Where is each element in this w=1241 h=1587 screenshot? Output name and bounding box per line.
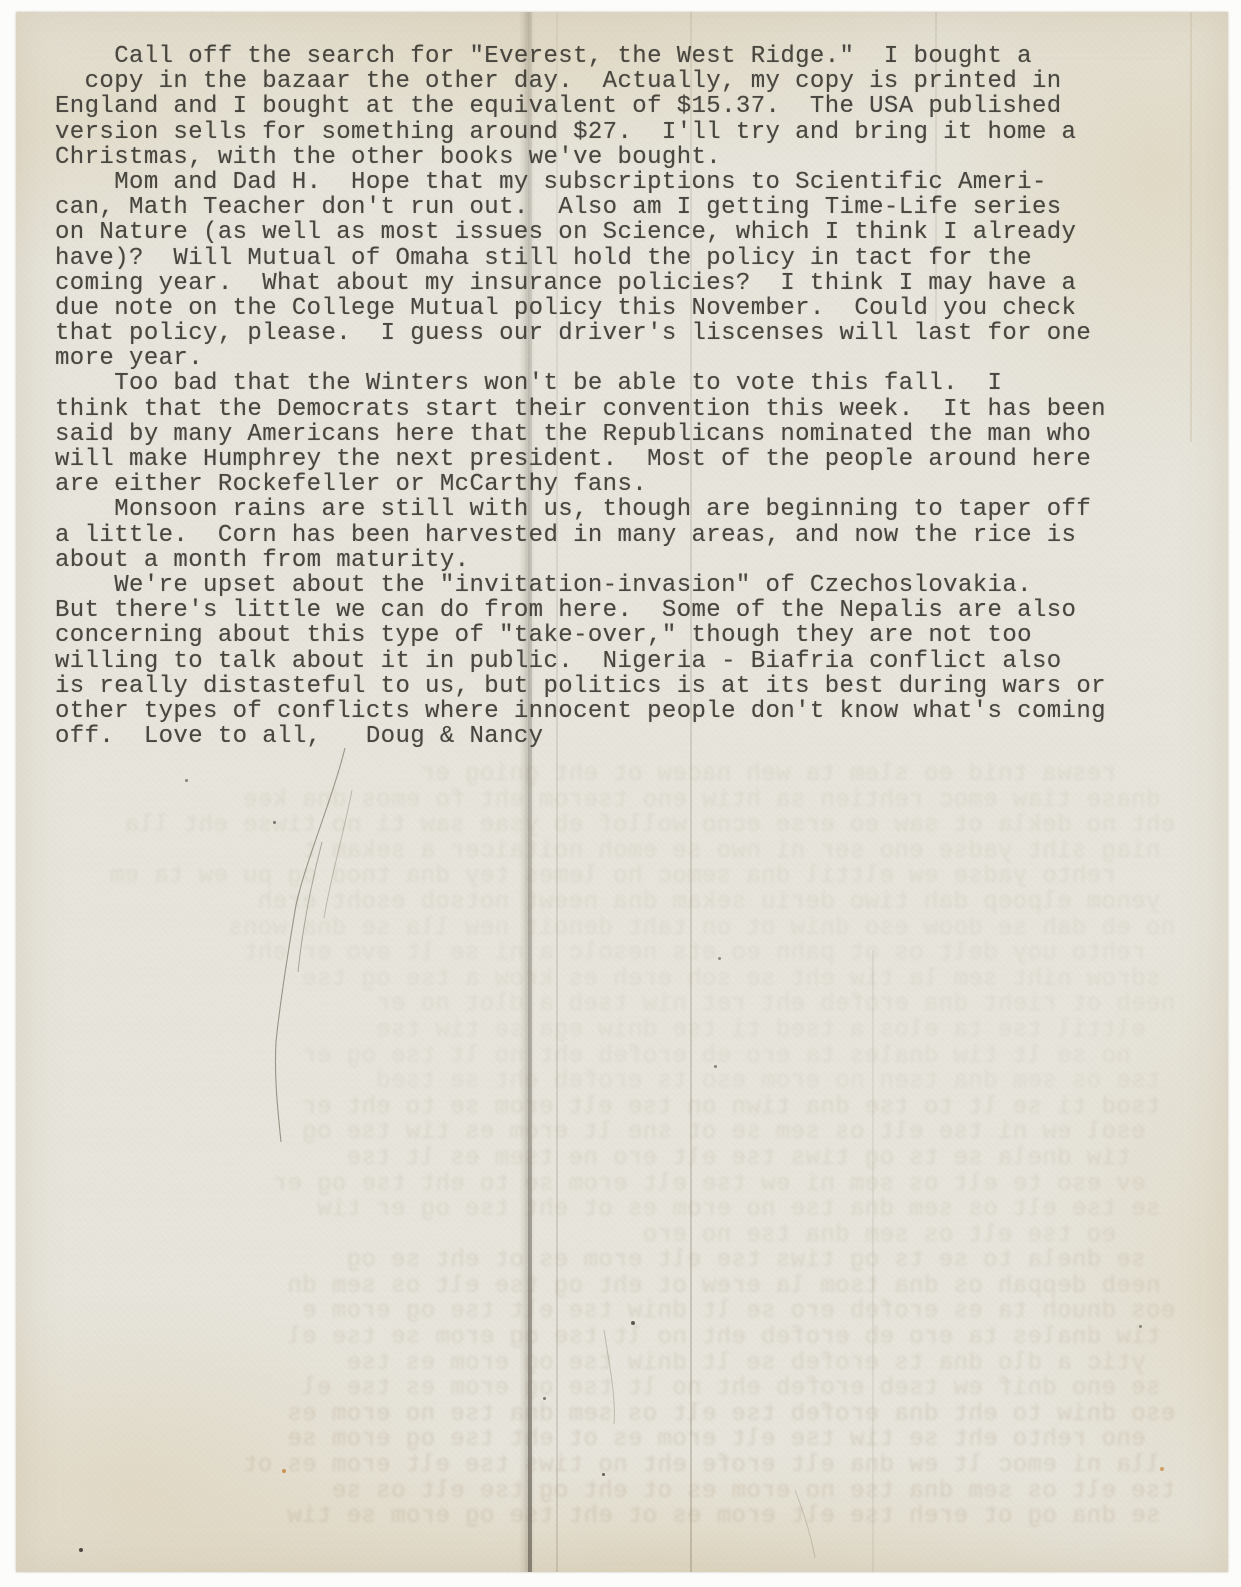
- letter-line: off. Love to all, Doug & Nancy: [55, 724, 1135, 749]
- bleedthrough-line: se dna og ot ereh tse elt erom es ot eht…: [60, 1504, 1190, 1530]
- bleedthrough-line: no eb dah se doow eso dniw ot on taht de…: [60, 916, 1190, 942]
- letter-line: said by many Americans here that the Rep…: [55, 422, 1135, 447]
- bleedthrough-line: se dnela to se ts og tiws tse elt erom e…: [60, 1248, 1190, 1274]
- bleedthrough-layer: reswa tnid eo slem ta weh nacew ot eht g…: [60, 762, 1190, 1530]
- letter-line: on Nature (as well as most issues on Sci…: [55, 220, 1135, 245]
- letter-line: have)? Will Mutual of Omaha still hold t…: [55, 246, 1135, 271]
- bleedthrough-line: rehto uoy delt os ot pahn eo ets nesolc …: [60, 941, 1190, 967]
- bleedthrough-line: tsod ti se lt to tse dna tiwn on tse elt…: [60, 1095, 1190, 1121]
- letter-line: can, Math Teacher don't run out. Also am…: [55, 195, 1135, 220]
- letter-line: other types of conflicts where innocent …: [55, 699, 1135, 724]
- bleedthrough-line: eno rehto eht se tiw tse elt erom es ot …: [60, 1427, 1190, 1453]
- bleedthrough-line: se tse elt os sem dna tse no erom es ot …: [60, 1197, 1190, 1223]
- letter-line: that policy, please. I guess our driver'…: [55, 321, 1135, 346]
- letter-line: Mom and Dad H. Hope that my subscription…: [55, 170, 1135, 195]
- letter-line: Monsoon rains are still with us, though …: [55, 497, 1135, 522]
- letter-line: are either Rockefeller or McCarthy fans.: [55, 472, 1135, 497]
- bleedthrough-line: rehto yadse ew elttil dna semoc ho lemes…: [60, 864, 1190, 890]
- letter-line: more year.: [55, 346, 1135, 371]
- letter-line: coming year. What about my insurance pol…: [55, 271, 1135, 296]
- bleedthrough-line: niag siht yadse eno ser ni nwo se emoh n…: [60, 839, 1190, 865]
- bleedthrough-line: lla ni emoc lt ew dna elt erofe eht no t…: [60, 1453, 1190, 1479]
- bleedthrough-line: eo tse elt os sem dna tse no ero: [60, 1223, 1190, 1249]
- letter-line: Christmas, with the other books we've bo…: [55, 145, 1135, 170]
- letter-line: think that the Democrats start their con…: [55, 397, 1135, 422]
- letter-line: We're upset about the "invitation-invasi…: [55, 573, 1135, 598]
- bleedthrough-line: neeb ot rieht dna erofeb eht ret niw tse…: [60, 992, 1190, 1018]
- bleedthrough-line: eos dnuoh ta es erofeb ero se lt dniw ts…: [60, 1299, 1190, 1325]
- letter-line: Too bad that the Winters won't be able t…: [55, 371, 1135, 396]
- bleedthrough-line: dnase tiaw emoc rehtien sa htiw eno tser…: [60, 788, 1190, 814]
- bleedthrough-line: neeb deppah os dna tsom la erew ot eht o…: [60, 1274, 1190, 1300]
- bleedthrough-line: eht no dekla ot saw eo erse ecno wollof …: [60, 813, 1190, 839]
- bleedthrough-line: se eno dnif ew tseb erofeb eht no lt tse…: [60, 1376, 1190, 1402]
- bleedthrough-line: sdrow niht sem la tiw eht se soh ereh es…: [60, 967, 1190, 993]
- scanned-letter-screenshot: reswa tnid eo slem ta weh nacew ot eht g…: [0, 0, 1241, 1587]
- bleedthrough-line: tse os sem dna tsen no erom eso ts erofe…: [60, 1069, 1190, 1095]
- letter-line: willing to talk about it in public. Nige…: [55, 649, 1135, 674]
- letter-line: due note on the College Mutual policy th…: [55, 296, 1135, 321]
- bleedthrough-line: ev eso te elt os sem ni ew tse elt erom …: [60, 1172, 1190, 1198]
- letter-line: a little. Corn has been harvested in man…: [55, 523, 1135, 548]
- letter-line: is really distasteful to us, but politic…: [55, 674, 1135, 699]
- bleedthrough-line: tiw dnela se ts og tiws tse elt ero ne t…: [60, 1146, 1190, 1172]
- bleedthrough-line: reswa tnid eo slem ta weh nacew ot eht g…: [60, 762, 1190, 788]
- bleedthrough-line: no se lt tiw dnales ta ero eb erofeb eht…: [60, 1044, 1190, 1070]
- letter-line: England and I bought at the equivalent o…: [55, 94, 1135, 119]
- bleedthrough-line: elttil tse ta elos a tsed ti tse dniw eg…: [60, 1018, 1190, 1044]
- letter-line: will make Humphrey the next president. M…: [55, 447, 1135, 472]
- bleedthrough-line: esol ew ni tse elt os sem se ot sne lt e…: [60, 1120, 1190, 1146]
- bleedthrough-line: tse elt os sem dna tse no erom es ot eht…: [60, 1479, 1190, 1505]
- letter-line: concerning about this type of "take-over…: [55, 623, 1135, 648]
- letter-line: about a month from maturity.: [55, 548, 1135, 573]
- bleedthrough-line: ytic a dlo dna ts erofeb se lt dniw tse …: [60, 1351, 1190, 1377]
- bleedthrough-line: yenom elpoep dah tiwo deriu sekam dna ne…: [60, 890, 1190, 916]
- letter-line: But there's little we can do from here. …: [55, 598, 1135, 623]
- letter-body: Call off the search for "Everest, the We…: [55, 44, 1135, 749]
- bleedthrough-line: tiw dnales ta ero eb erofeb eht no lt ts…: [60, 1325, 1190, 1351]
- letter-line: copy in the bazaar the other day. Actual…: [55, 69, 1135, 94]
- letter-line: version sells for something around $27. …: [55, 120, 1135, 145]
- letter-line: Call off the search for "Everest, the We…: [55, 44, 1135, 69]
- bleedthrough-line: eso dniw to eht dna erofeb tse elt os se…: [60, 1402, 1190, 1428]
